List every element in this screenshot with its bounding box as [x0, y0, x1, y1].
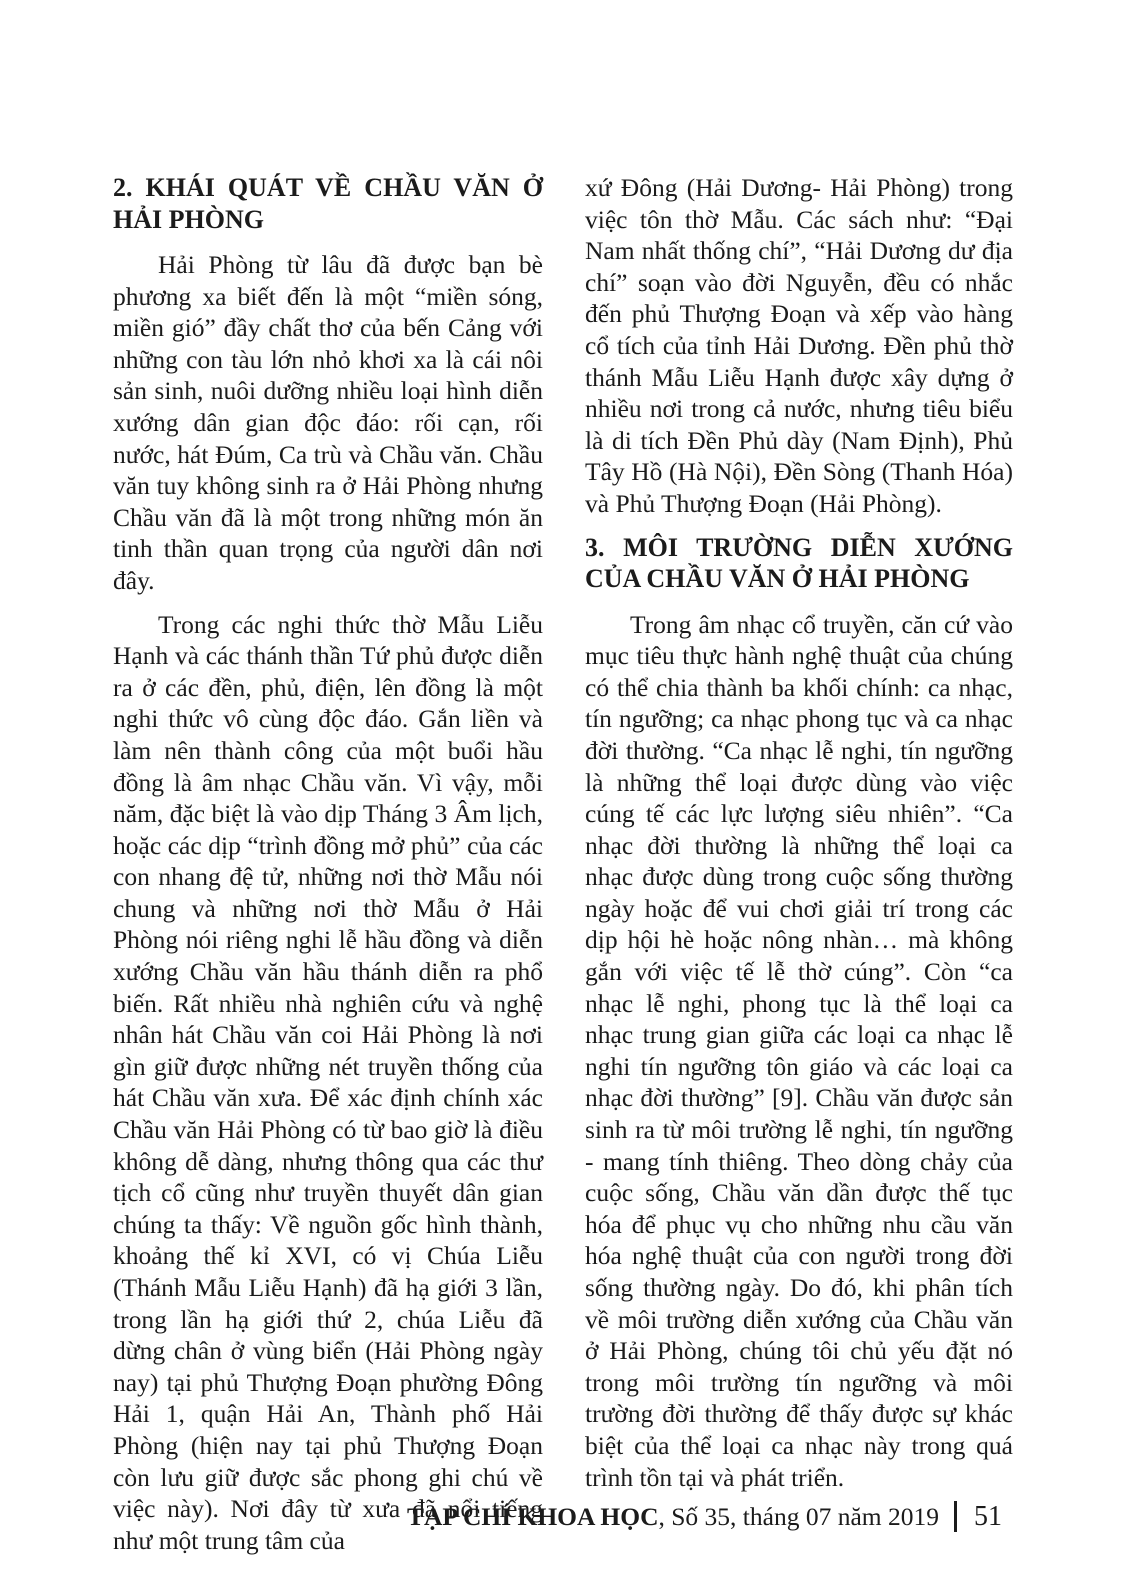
journal-page: 2. KHÁI QUÁT VỀ CHẦU VĂN Ở HẢI PHÒNG Hải…: [0, 0, 1122, 1594]
section-2-number: 2.: [113, 173, 133, 202]
page-footer: TẠP CHÍ KHOA HỌC, Số 35, tháng 07 năm 20…: [407, 1501, 1002, 1533]
footer-divider: [954, 1501, 957, 1532]
paragraph-hai-phong-intro: Hải Phòng từ lâu đã được bạn bè phương x…: [113, 249, 543, 597]
section-3-heading-line1: 3. MÔI TRƯỜNG DIỄN XƯỚNG: [585, 532, 1013, 564]
right-column: xứ Đông (Hải Dương- Hải Phòng) trong việ…: [585, 172, 1013, 1505]
section-3-heading: 3. MÔI TRƯỜNG DIỄN XƯỚNG CỦA CHẦU VĂN Ở …: [585, 532, 1013, 595]
journal-title: TẠP CHÍ KHOA HỌC: [407, 1502, 659, 1531]
section-3-title-part1: MÔI TRƯỜNG DIỄN XƯỚNG: [623, 533, 1013, 562]
page-number: 51: [974, 1501, 1002, 1532]
section-2-heading-line2: HẢI PHÒNG: [113, 204, 543, 236]
paragraph-moi-truong-dien-xuong: Trong âm nhạc cổ truyền, căn cứ vào mục …: [585, 609, 1013, 1494]
section-3-heading-line2: CỦA CHẦU VĂN Ở HẢI PHÒNG: [585, 563, 1013, 595]
section-2-title-part1: KHÁI QUÁT VỀ CHẦU VĂN Ở: [146, 173, 543, 202]
left-column: 2. KHÁI QUÁT VỀ CHẦU VĂN Ở HẢI PHÒNG Hải…: [113, 172, 543, 1568]
section-3-number: 3.: [585, 533, 605, 562]
paragraph-xu-dong-continuation: xứ Đông (Hải Dương- Hải Phòng) trong việ…: [585, 172, 1013, 520]
section-2-heading: 2. KHÁI QUÁT VỀ CHẦU VĂN Ở HẢI PHÒNG: [113, 172, 543, 235]
section-2-heading-line1: 2. KHÁI QUÁT VỀ CHẦU VĂN Ở: [113, 172, 543, 204]
issue-info: , Số 35, tháng 07 năm 2019: [659, 1502, 940, 1531]
paragraph-nghi-thuc-tho-mau: Trong các nghi thức thờ Mẫu Liễu Hạnh và…: [113, 609, 543, 1557]
